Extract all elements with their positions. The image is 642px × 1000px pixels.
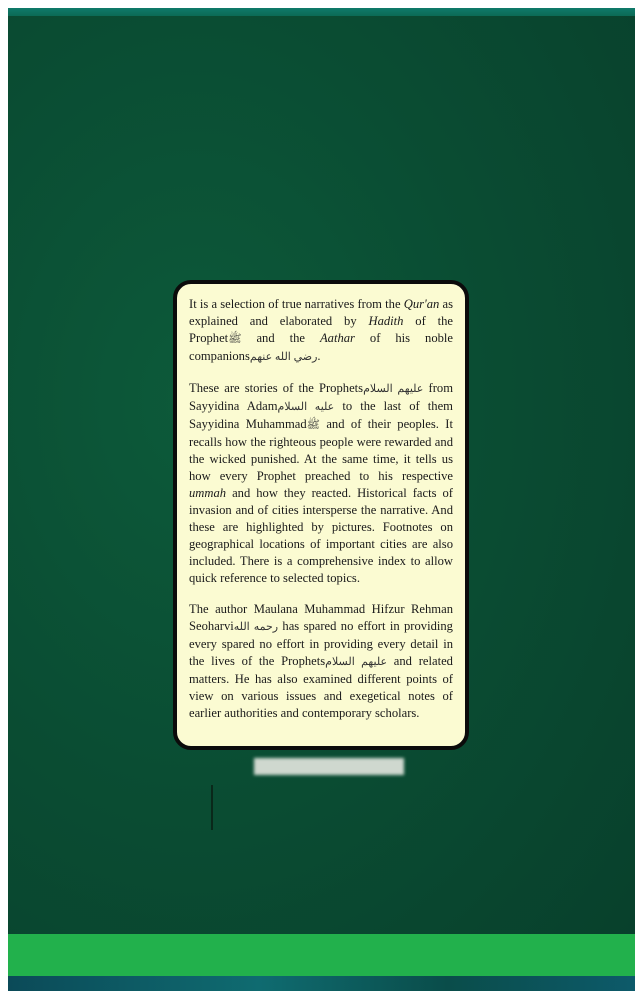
text: and the [241,331,319,345]
italic-term: Hadith [368,314,403,328]
blurb-paragraph-1: It is a selection of true narratives fro… [189,296,453,366]
italic-term: Aathar [320,331,355,345]
honorific-icon: ﷺ [228,333,241,345]
blurb-paragraph-2: These are stories of the Prophetsعليهم ا… [189,380,453,587]
cover-scratch-mark [211,785,213,830]
honorific-icon: رحمه الله [234,621,278,633]
text: These are stories of the Prophets [189,381,363,395]
honorific-icon: عليهم السلام [363,383,423,395]
cover-bottom-strip [8,976,635,991]
blurb-paragraph-3: The author Maulana Muhammad Hifzur Rehma… [189,601,453,722]
honorific-icon: رضي الله عنهم [250,351,318,363]
text: and how they reacted. Historical facts o… [189,486,453,585]
cover-top-edge [8,8,635,16]
text: It is a selection of true narratives fro… [189,297,404,311]
honorific-icon: عليه السلام [278,401,335,413]
blurb-panel: It is a selection of true narratives fro… [173,280,469,750]
accent-band [8,934,635,976]
italic-term: Qur'an [404,297,440,311]
honorific-icon: عليهم السلام [325,656,387,668]
honorific-icon: ﷺ [307,419,320,431]
blurred-email [254,758,404,775]
italic-term: ummah [189,486,226,500]
text: . [317,349,320,363]
